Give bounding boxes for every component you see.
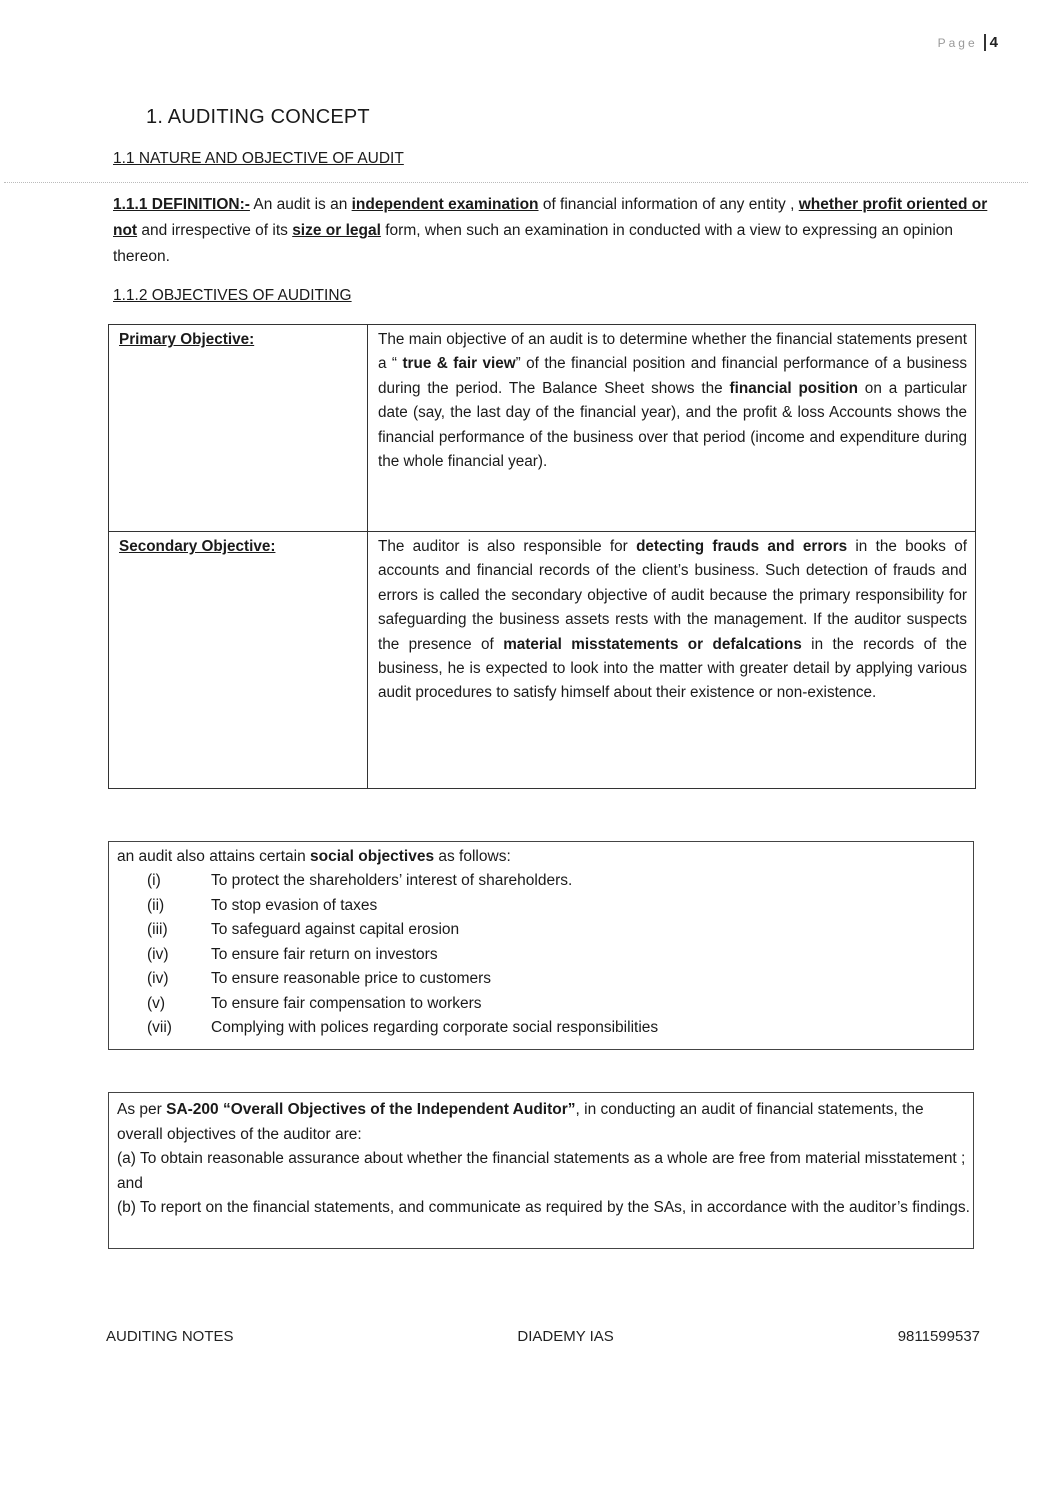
secondary-objective-text: The auditor is also responsible for dete… — [368, 532, 976, 789]
chapter-heading: 1. AUDITING CONCEPT — [146, 106, 370, 129]
divider — [4, 182, 1028, 183]
list-item: (vii) Complying with polices regarding c… — [117, 1016, 973, 1041]
definition-paragraph: 1.1.1 DEFINITION:- An audit is an indepe… — [113, 192, 993, 270]
primary-objective-text: The main objective of an audit is to det… — [368, 325, 976, 532]
list-item: (iv)To ensure fair return on investors — [117, 943, 973, 968]
list-item: (v)To ensure fair compensation to worker… — [117, 992, 973, 1017]
list-item: (ii)To stop evasion of taxes — [117, 894, 973, 919]
definition-label: 1.1.1 DEFINITION:- — [113, 196, 250, 213]
sa200-item-a: (a) To obtain reasonable assurance about… — [117, 1147, 973, 1196]
list-item: (iv)To ensure reasonable price to custom… — [117, 967, 973, 992]
page-number-value: 4 — [984, 34, 998, 51]
page-footer: AUDITING NOTES DIADEMY IAS 9811599537 — [106, 1328, 980, 1345]
sa200-intro: As per SA-200 “Overall Objectives of the… — [117, 1098, 973, 1147]
secondary-objective-label: Secondary Objective: — [109, 532, 368, 789]
sa200-item-b: (b) To report on the financial statement… — [117, 1196, 973, 1221]
social-objectives-intro: an audit also attains certain social obj… — [117, 845, 973, 869]
footer-center: DIADEMY IAS — [517, 1328, 613, 1345]
objectives-table: Primary Objective: The main objective of… — [108, 324, 976, 789]
sa200-box: As per SA-200 “Overall Objectives of the… — [108, 1092, 974, 1249]
list-item: (i)To protect the shareholders’ interest… — [117, 869, 973, 894]
page-number: Page4 — [938, 34, 998, 51]
section-heading-objectives: 1.1.2 OBJECTIVES OF AUDITING — [113, 287, 352, 305]
footer-left: AUDITING NOTES — [106, 1328, 234, 1345]
page-label: Page — [938, 36, 978, 50]
table-row: Secondary Objective: The auditor is also… — [109, 532, 976, 789]
list-item: (iii)To safeguard against capital erosio… — [117, 918, 973, 943]
section-heading-nature: 1.1 NATURE AND OBJECTIVE OF AUDIT — [113, 150, 404, 168]
primary-objective-label: Primary Objective: — [109, 325, 368, 532]
social-objectives-box: an audit also attains certain social obj… — [108, 841, 974, 1050]
table-row: Primary Objective: The main objective of… — [109, 325, 976, 532]
footer-right: 9811599537 — [898, 1328, 980, 1345]
social-objectives-list: (i)To protect the shareholders’ interest… — [117, 869, 973, 1041]
